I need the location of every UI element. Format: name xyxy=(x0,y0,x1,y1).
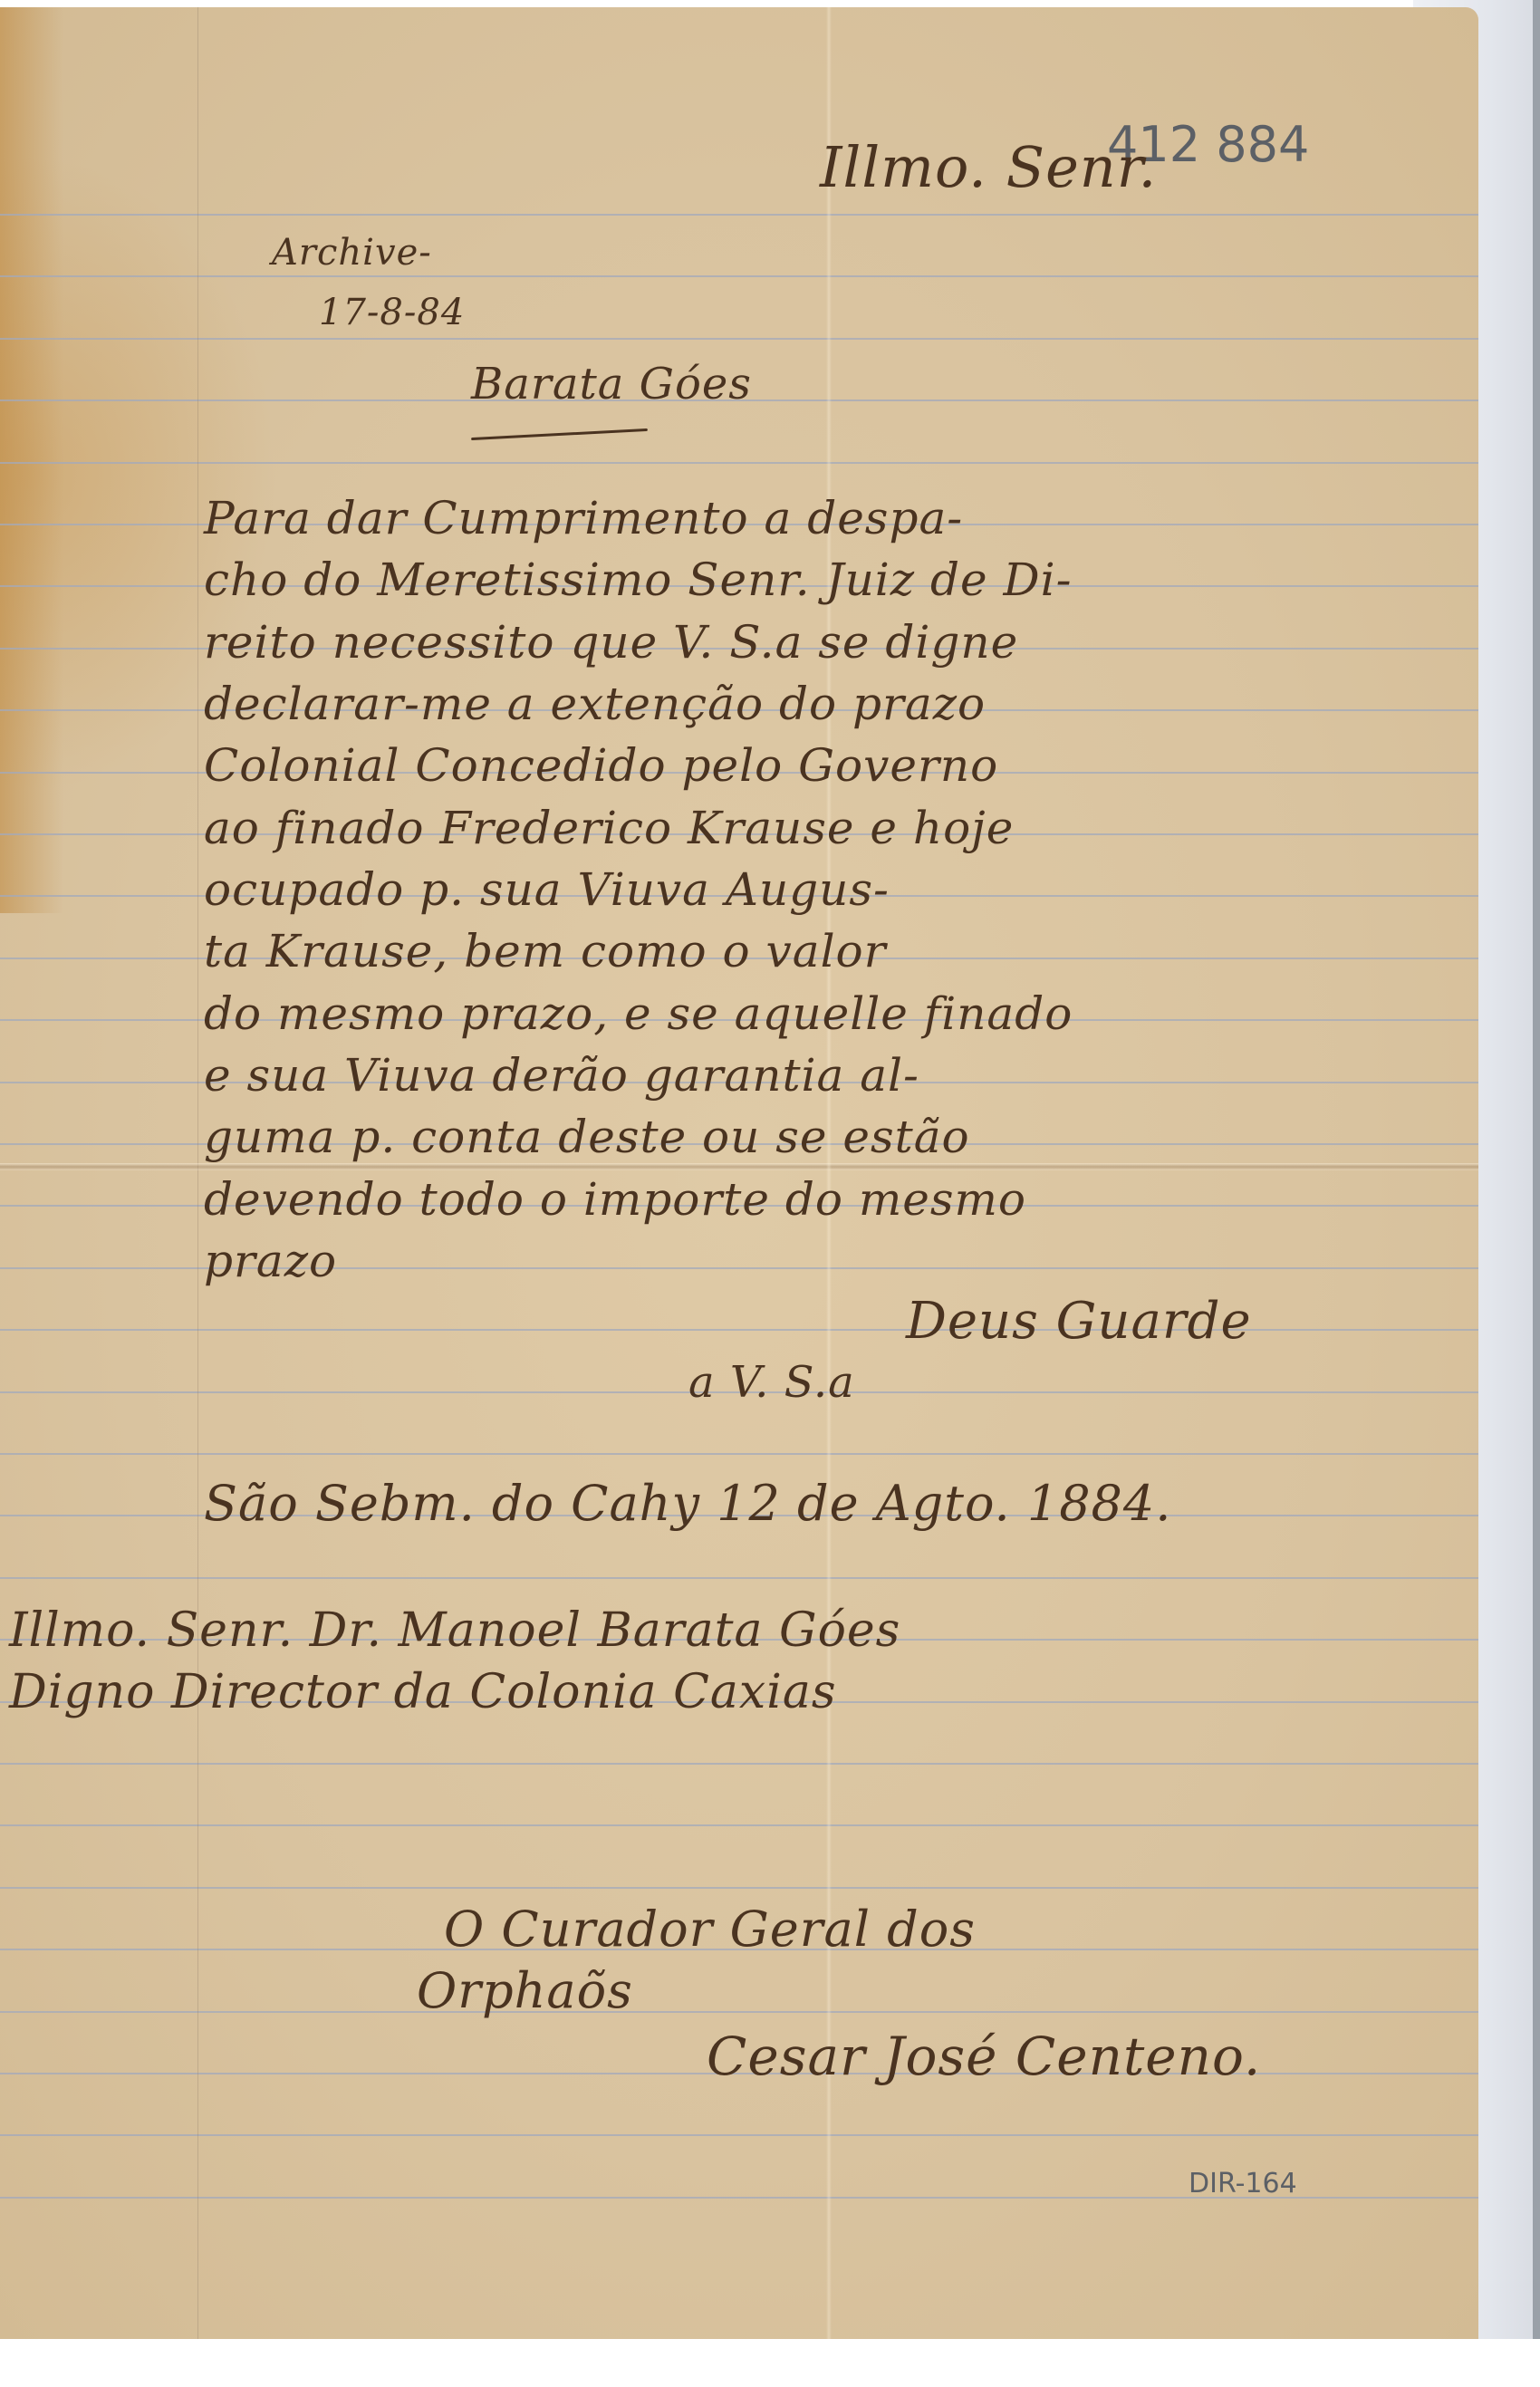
water-stain xyxy=(0,7,63,913)
body-line-13: prazo xyxy=(204,1235,337,1287)
ruled-line xyxy=(0,2134,1478,2136)
ruled-line xyxy=(0,1577,1478,1579)
addressee-line-1: Illmo. Senr. Dr. Manoel Barata Góes xyxy=(9,1603,900,1658)
closing-abbrev: a V. S.a xyxy=(688,1357,855,1408)
marginal-note-word: Archive- xyxy=(272,232,432,274)
signature-title-line-1: O Curador Geral dos xyxy=(444,1901,976,1958)
body-line-2: cho do Meretissimo Senr. Juiz de Di- xyxy=(204,553,1072,606)
scanner-backing-edge xyxy=(1533,0,1540,2339)
body-line-10: e sua Viuva derão garantia al- xyxy=(204,1049,919,1102)
body-line-6: ao finado Frederico Krause e hoje xyxy=(204,802,1014,854)
place-date: São Sebm. do Cahy 12 de Agto. 1884. xyxy=(204,1475,1171,1532)
body-line-9: do mesmo prazo, e se aquelle finado xyxy=(204,987,1073,1040)
body-line-3: reito necessito que V. S.a se digne xyxy=(204,616,1018,669)
body-line-7: ocupado p. sua Viuva Augus- xyxy=(204,863,890,916)
marginal-note-initials: Barata Góes xyxy=(471,359,752,409)
closing-phrase: Deus Guarde xyxy=(906,1292,1252,1351)
body-line-12: devendo todo o importe do mesmo xyxy=(204,1173,1026,1226)
horizontal-fold-crease xyxy=(0,1163,1478,1170)
ruled-line xyxy=(0,1887,1478,1889)
ruled-line xyxy=(0,1453,1478,1455)
marginal-note-date: 17-8-84 xyxy=(319,292,465,333)
ruled-line xyxy=(0,275,1478,277)
body-line-11: guma p. conta deste ou se estão xyxy=(204,1111,970,1163)
ruled-line xyxy=(0,214,1478,216)
ruled-line xyxy=(0,1824,1478,1826)
reference-code: DIR-164 xyxy=(1189,2168,1297,2199)
body-line-1: Para dar Cumprimento a despa- xyxy=(204,492,963,544)
addressee-line-2: Digno Director da Colonia Caxias xyxy=(9,1665,837,1719)
ruled-line xyxy=(0,338,1478,340)
ruled-line xyxy=(0,1763,1478,1765)
ruled-line xyxy=(0,462,1478,464)
signature-title-line-2: Orphaõs xyxy=(417,1962,633,2019)
letter-page: 412 884 Illmo. Senr. Archive- 17-8-84 Ba… xyxy=(0,7,1478,2339)
salutation: Illmo. Senr. xyxy=(820,134,1157,200)
ruled-line xyxy=(0,2011,1478,2013)
body-line-8: ta Krause, bem como o valor xyxy=(204,925,887,977)
body-line-5: Colonial Concedido pelo Governo xyxy=(204,739,998,792)
signature-name: Cesar José Centeno. xyxy=(707,2026,1261,2087)
body-line-4: declarar-me a extenção do prazo xyxy=(204,678,986,730)
margin-line xyxy=(197,7,198,2339)
ruled-line xyxy=(0,1329,1478,1331)
initials-underline xyxy=(471,428,648,440)
